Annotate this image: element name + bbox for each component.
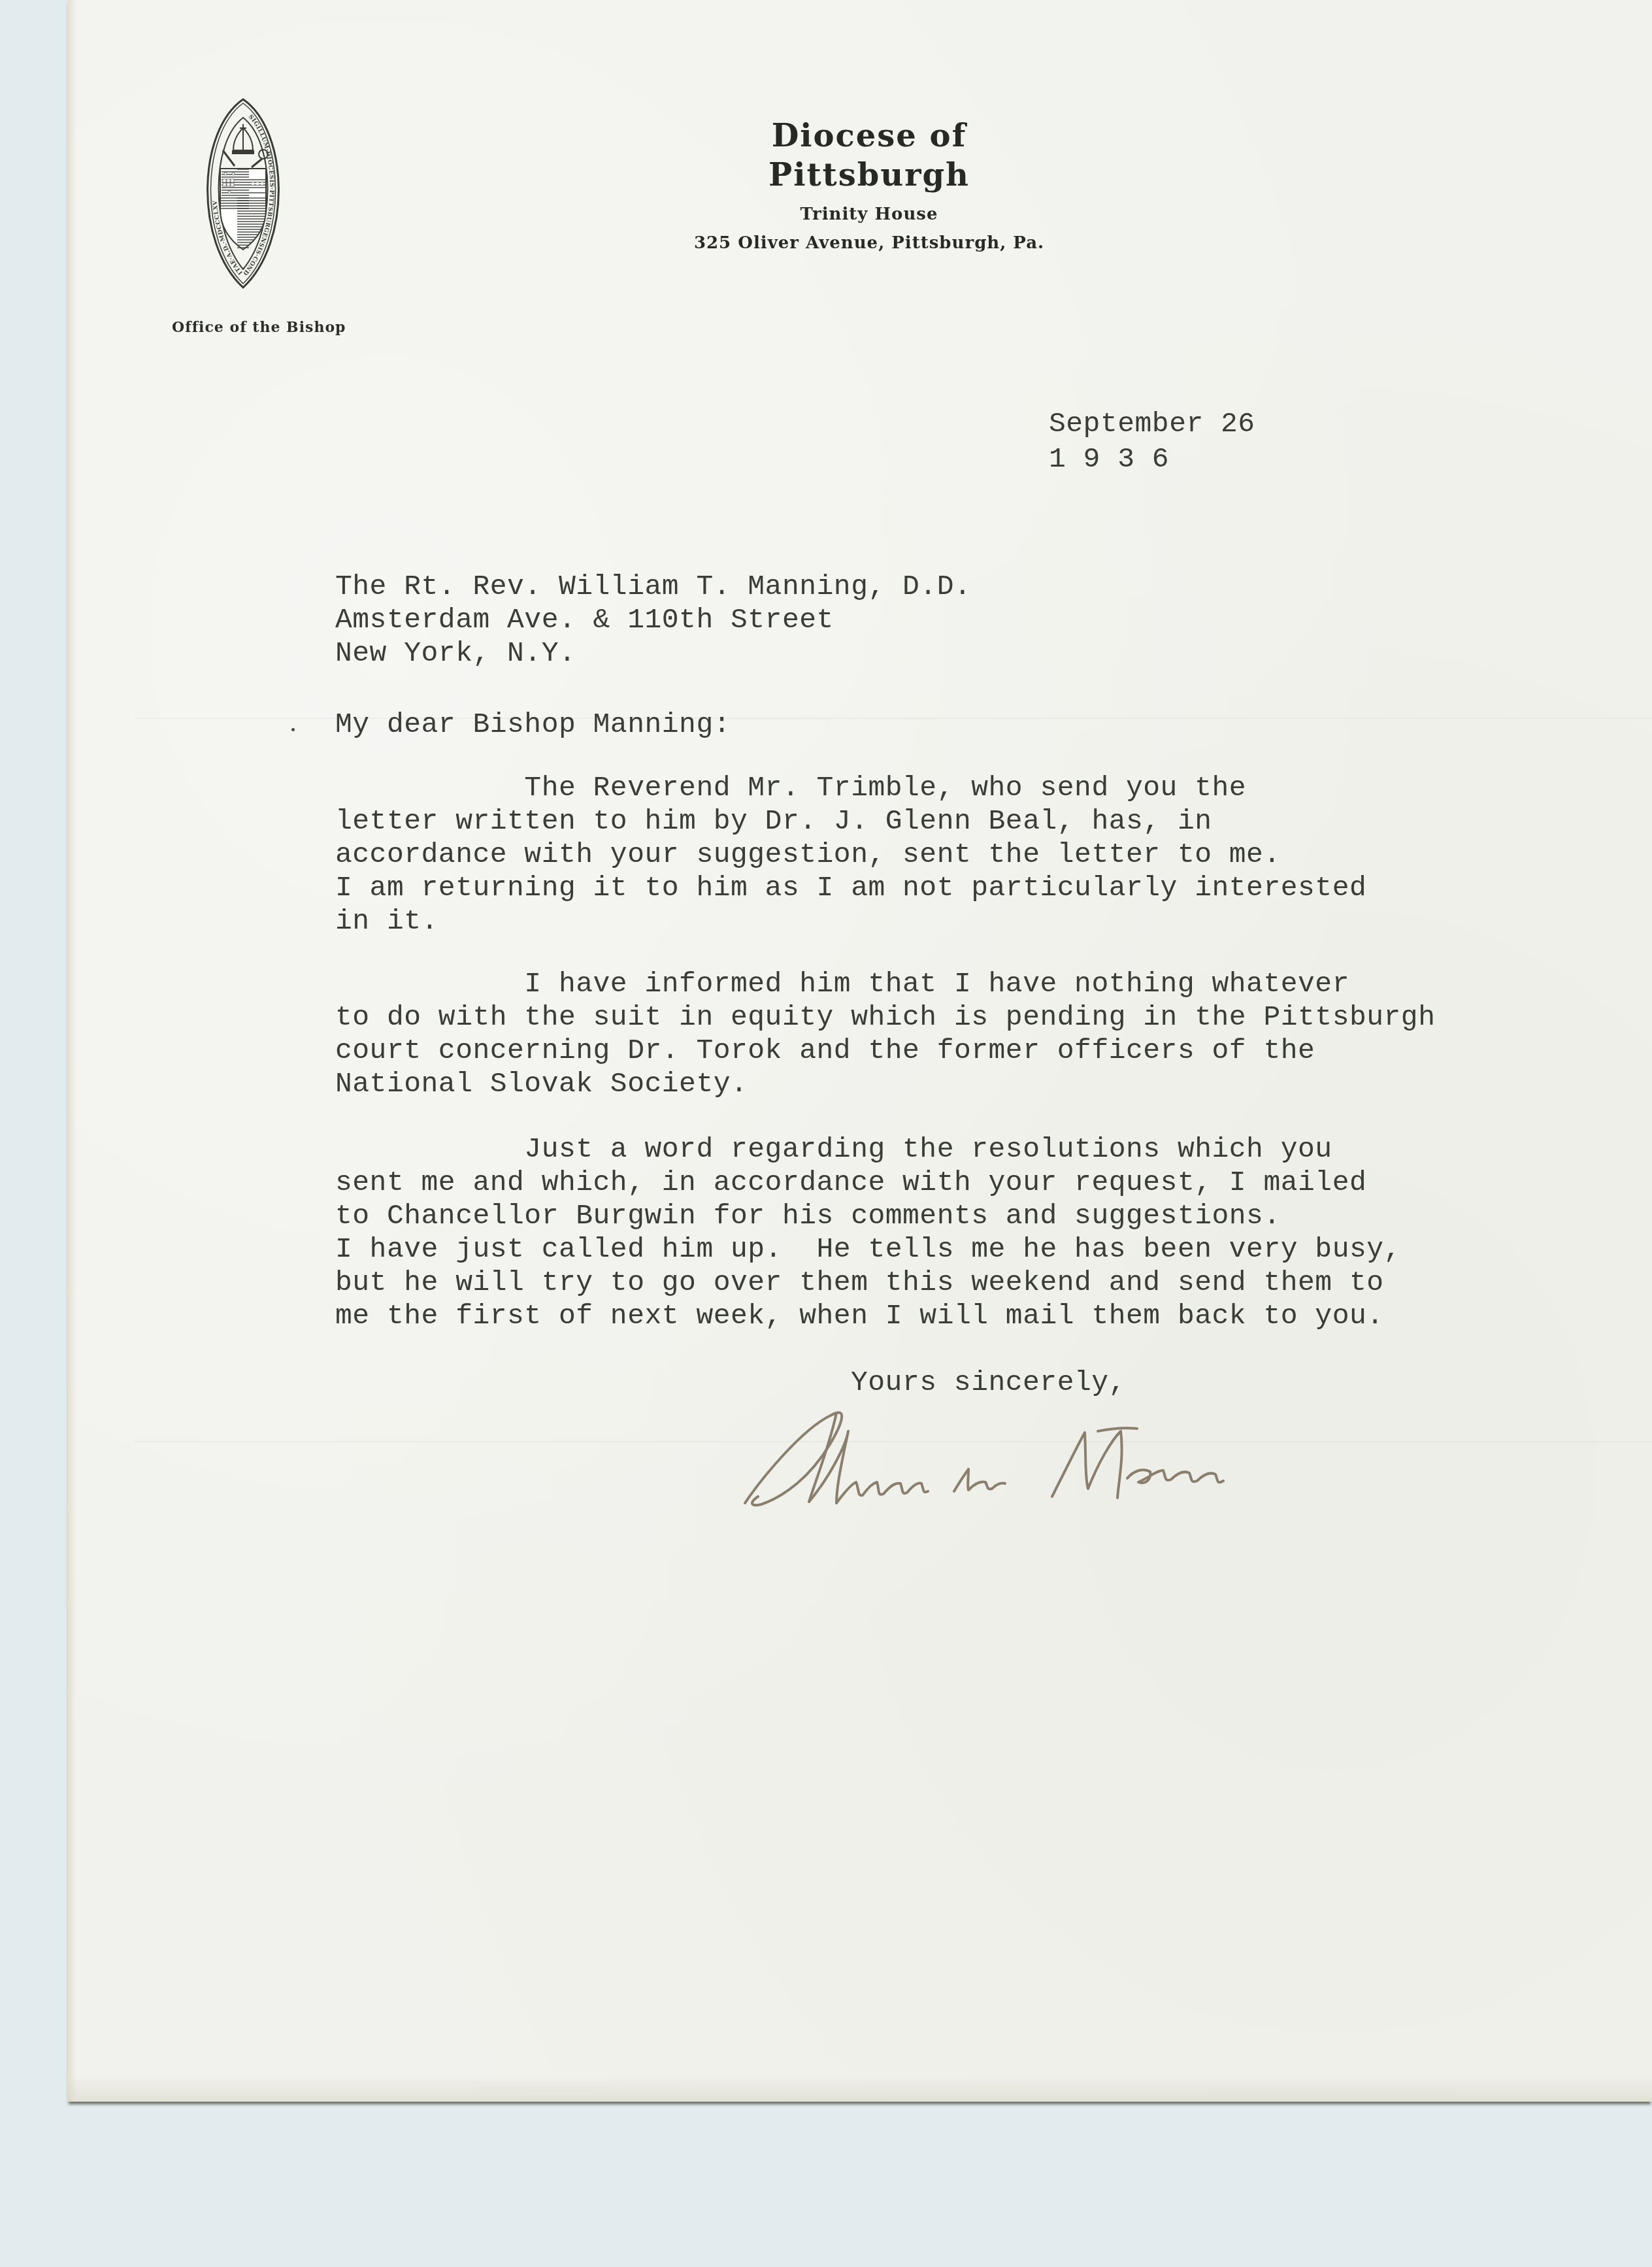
body-paragraph: Just a word regarding the resolutions wh… (335, 1133, 1401, 1332)
body-line: court concerning Dr. Torok and the forme… (335, 1034, 1435, 1067)
body-line: but he will try to go over them this wee… (335, 1266, 1401, 1299)
body-paragraph: The Reverend Mr. Trimble, who send you t… (335, 771, 1366, 938)
body-line: letter written to him by Dr. J. Glenn Be… (335, 804, 1366, 838)
handwritten-signature (732, 1405, 1516, 1516)
building-name: Trinity House (680, 204, 1059, 225)
organization-name: Diocese of Pittsburgh (680, 116, 1059, 195)
diocesan-seal-icon: SIGILLUM·DIOCESIS·PITTSBURGENSIS·CONDITA… (194, 98, 292, 289)
body-line: me the first of next week, when I will m… (335, 1299, 1401, 1332)
body-paragraph: I have informed him that I have nothing … (335, 967, 1435, 1100)
date-year: 1 9 3 6 (1049, 442, 1255, 477)
body-line: I am returning it to him as I am not par… (335, 871, 1366, 904)
letterhead: Diocese of Pittsburgh Trinity House 325 … (680, 116, 1059, 254)
recipient-address: The Rt. Rev. William T. Manning, D.D.Ams… (335, 570, 971, 670)
body-line: I have informed him that I have nothing … (335, 967, 1435, 1001)
organization-address: 325 Oliver Avenue, Pittsburgh, Pa. (680, 233, 1059, 254)
body-line: sent me and which, in accordance with yo… (335, 1166, 1401, 1199)
date-month-day: September 26 (1049, 406, 1255, 442)
body-line: to do with the suit in equity which is p… (335, 1001, 1435, 1034)
body-line: to Chancellor Burgwin for his comments a… (335, 1199, 1401, 1233)
body-line: I have just called him up. He tells me h… (335, 1233, 1401, 1266)
recipient-name: The Rt. Rev. William T. Manning, D.D. (335, 570, 971, 603)
office-of-bishop-label: Office of the Bishop (172, 319, 348, 336)
body-line: accordance with your suggestion, sent th… (335, 838, 1366, 871)
recipient-street: Amsterdam Ave. & 110th Street (335, 603, 971, 637)
letter-date: September 261 9 3 6 (1049, 406, 1255, 477)
salutation: My dear Bishop Manning: (335, 708, 731, 741)
recipient-city: New York, N.Y. (335, 637, 971, 670)
body-line: The Reverend Mr. Trimble, who send you t… (335, 771, 1366, 804)
body-line: in it. (335, 904, 1366, 938)
body-line: Just a word regarding the resolutions wh… (335, 1133, 1401, 1166)
body-line: National Slovak Society. (335, 1067, 1435, 1100)
closing: Yours sincerely, (851, 1366, 1126, 1399)
ink-speck (291, 728, 295, 731)
